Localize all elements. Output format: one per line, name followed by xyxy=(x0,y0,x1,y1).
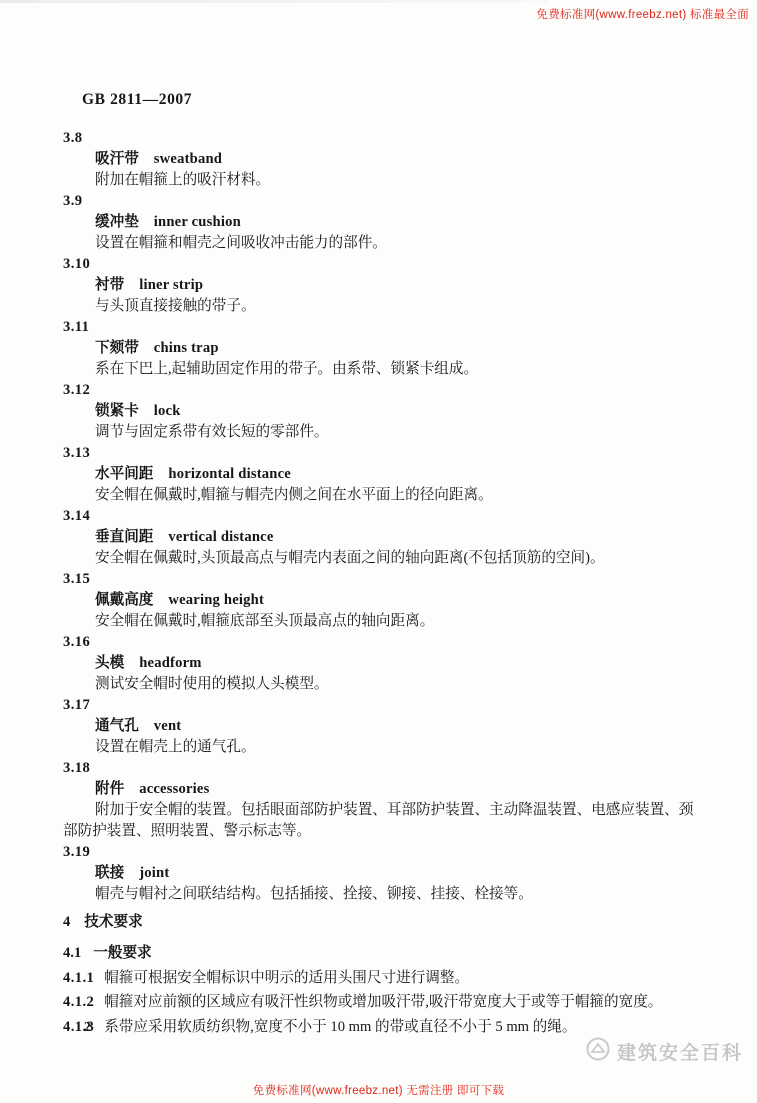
requirement-clause: 4.1.3系带应采用软质纺织物,宽度不小于 10 mm 的带或直径不小于 5 m… xyxy=(63,1017,703,1038)
term-line: 缓冲垫inner cushion xyxy=(63,212,703,233)
definition-block: 3.11 下颏带chins trap 系在下巴上,起辅助固定作用的带子。由系带、… xyxy=(63,317,703,380)
watermark-logo-icon xyxy=(585,1036,611,1067)
term-line: 联接joint xyxy=(63,863,703,884)
definition-block: 3.9 缓冲垫inner cushion 设置在帽箍和帽壳之间吸收冲击能力的部件… xyxy=(63,191,703,254)
term-cn: 缓冲垫 xyxy=(95,214,139,230)
term-definition: 帽壳与帽衬之间联结结构。包括插接、拴接、铆接、挂接、栓接等。 xyxy=(63,884,703,905)
definition-block: 3.14 垂直间距vertical distance 安全帽在佩戴时,头顶最高点… xyxy=(63,506,703,569)
term-definition: 设置在帽箍和帽壳之间吸收冲击能力的部件。 xyxy=(63,233,703,254)
term-definition: 调节与固定系带有效长短的零部件。 xyxy=(63,422,703,443)
definition-block: 3.16 头模headform 测试安全帽时使用的模拟人头模型。 xyxy=(63,632,703,695)
clause-text: 帽箍可根据安全帽标识中明示的适用头围尺寸进行调整。 xyxy=(104,970,469,986)
definition-block: 3.19 联接joint 帽壳与帽衬之间联结结构。包括插接、拴接、铆接、挂接、栓… xyxy=(63,842,703,905)
clause-number: 3.17 xyxy=(63,695,703,716)
section-heading: 4技术要求 xyxy=(63,912,703,933)
term-definition: 附加在帽箍上的吸汗材料。 xyxy=(63,170,703,191)
clause-text: 帽箍对应前额的区域应有吸汗性织物或增加吸汗带,吸汗带宽度大于或等于帽箍的宽度。 xyxy=(104,994,662,1010)
term-line: 吸汗带sweatband xyxy=(63,149,703,170)
clause-number: 3.15 xyxy=(63,569,703,590)
term-en: horizontal distance xyxy=(168,466,291,482)
scanned-document-page: 免费标准网(www.freebz.net) 标准最全面 GB 2811—2007… xyxy=(0,0,757,1103)
definition-block: 3.8 吸汗带sweatband 附加在帽箍上的吸汗材料。 xyxy=(63,128,703,191)
term-en: wearing height xyxy=(168,592,264,608)
subsection-title: 一般要求 xyxy=(93,945,151,961)
clause-number: 4.1.2 xyxy=(63,994,94,1010)
scan-artifact xyxy=(0,0,548,3)
term-en: chins trap xyxy=(154,340,219,356)
term-cn: 垂直间距 xyxy=(95,529,153,545)
term-en: headform xyxy=(139,655,201,671)
clause-number: 3.11 xyxy=(63,317,703,338)
term-cn: 附件 xyxy=(95,781,124,797)
document-body: 3.8 吸汗带sweatband 附加在帽箍上的吸汗材料。 3.9 缓冲垫inn… xyxy=(63,128,703,1038)
page-number: 2 xyxy=(84,1019,91,1035)
clause-number: 3.13 xyxy=(63,443,703,464)
standard-number-header: GB 2811—2007 xyxy=(82,91,192,109)
requirement-clause: 4.1.2帽箍对应前额的区域应有吸汗性织物或增加吸汗带,吸汗带宽度大于或等于帽箍… xyxy=(63,992,703,1013)
term-line: 头模headform xyxy=(63,653,703,674)
term-line: 锁紧卡lock xyxy=(63,401,703,422)
clause-number: 3.16 xyxy=(63,632,703,653)
term-definition: 测试安全帽时使用的模拟人头模型。 xyxy=(63,674,703,695)
term-en: vertical distance xyxy=(168,529,273,545)
term-definition: 设置在帽壳上的通气孔。 xyxy=(63,737,703,758)
term-cn: 头模 xyxy=(95,655,124,671)
subsection-number: 4.1 xyxy=(63,945,81,961)
watermark-text: 建筑安全百科 xyxy=(617,1038,743,1065)
clause-number: 3.8 xyxy=(63,128,703,149)
clause-number: 3.19 xyxy=(63,842,703,863)
section-title: 技术要求 xyxy=(84,914,142,930)
definition-block: 3.15 佩戴高度wearing height 安全帽在佩戴时,帽箍底部至头顶最… xyxy=(63,569,703,632)
term-line: 水平间距horizontal distance xyxy=(63,464,703,485)
term-cn: 水平间距 xyxy=(95,466,153,482)
watermark: 建筑安全百科 xyxy=(585,1036,743,1067)
subsection-heading: 4.1一般要求 xyxy=(63,943,703,964)
clause-number: 3.9 xyxy=(63,191,703,212)
bottom-site-banner: 免费标准网(www.freebz.net) 无需注册 即可下载 xyxy=(0,1082,757,1098)
term-line: 附件accessories xyxy=(63,779,703,800)
definition-block: 3.10 衬带liner strip 与头顶直接接触的带子。 xyxy=(63,254,703,317)
term-cn: 下颏带 xyxy=(95,340,139,356)
top-site-banner: 免费标准网(www.freebz.net) 标准最全面 xyxy=(536,6,749,22)
term-line: 通气孔vent xyxy=(63,716,703,737)
clause-number: 3.18 xyxy=(63,758,703,779)
term-cn: 佩戴高度 xyxy=(95,592,153,608)
term-cn: 锁紧卡 xyxy=(95,403,139,419)
term-cn: 通气孔 xyxy=(95,718,139,734)
term-definition: 系在下巴上,起辅助固定作用的带子。由系带、锁紧卡组成。 xyxy=(63,359,703,380)
term-en: lock xyxy=(154,403,181,419)
clause-number: 3.14 xyxy=(63,506,703,527)
term-en: vent xyxy=(154,718,182,734)
definition-block: 3.17 通气孔vent 设置在帽壳上的通气孔。 xyxy=(63,695,703,758)
requirement-clause: 4.1.1帽箍可根据安全帽标识中明示的适用头围尺寸进行调整。 xyxy=(63,968,703,989)
term-definition: 与头顶直接接触的带子。 xyxy=(63,296,703,317)
definition-block: 3.18 附件accessories 附加于安全帽的装置。包括眼面部防护装置、耳… xyxy=(63,758,703,842)
term-line: 衬带liner strip xyxy=(63,275,703,296)
term-definition: 安全帽在佩戴时,帽箍底部至头顶最高点的轴向距离。 xyxy=(63,611,703,632)
clause-number: 4.1.1 xyxy=(63,970,94,986)
term-cn: 吸汗带 xyxy=(95,151,139,167)
term-definition: 安全帽在佩戴时,帽箍与帽壳内侧之间在水平面上的径向距离。 xyxy=(63,485,703,506)
term-cn: 衬带 xyxy=(95,277,124,293)
term-line: 垂直间距vertical distance xyxy=(63,527,703,548)
clause-number: 3.10 xyxy=(63,254,703,275)
section-number: 4 xyxy=(63,914,70,930)
term-definition: 安全帽在佩戴时,头顶最高点与帽壳内表面之间的轴向距离(不包括顶筋的空间)。 xyxy=(63,548,703,569)
term-en: accessories xyxy=(139,781,209,797)
term-en: joint xyxy=(139,865,169,881)
term-en: sweatband xyxy=(154,151,222,167)
term-en: inner cushion xyxy=(154,214,241,230)
term-definition: 附加于安全帽的装置。包括眼面部防护装置、耳部防护装置、主动降温装置、电感应装置、… xyxy=(63,800,703,842)
definition-block: 3.13 水平间距horizontal distance 安全帽在佩戴时,帽箍与… xyxy=(63,443,703,506)
term-line: 佩戴高度wearing height xyxy=(63,590,703,611)
clause-number: 3.12 xyxy=(63,380,703,401)
clause-text: 系带应采用软质纺织物,宽度不小于 10 mm 的带或直径不小于 5 mm 的绳。 xyxy=(104,1019,576,1035)
term-cn: 联接 xyxy=(95,865,124,881)
term-en: liner strip xyxy=(139,277,203,293)
definition-block: 3.12 锁紧卡lock 调节与固定系带有效长短的零部件。 xyxy=(63,380,703,443)
term-line: 下颏带chins trap xyxy=(63,338,703,359)
